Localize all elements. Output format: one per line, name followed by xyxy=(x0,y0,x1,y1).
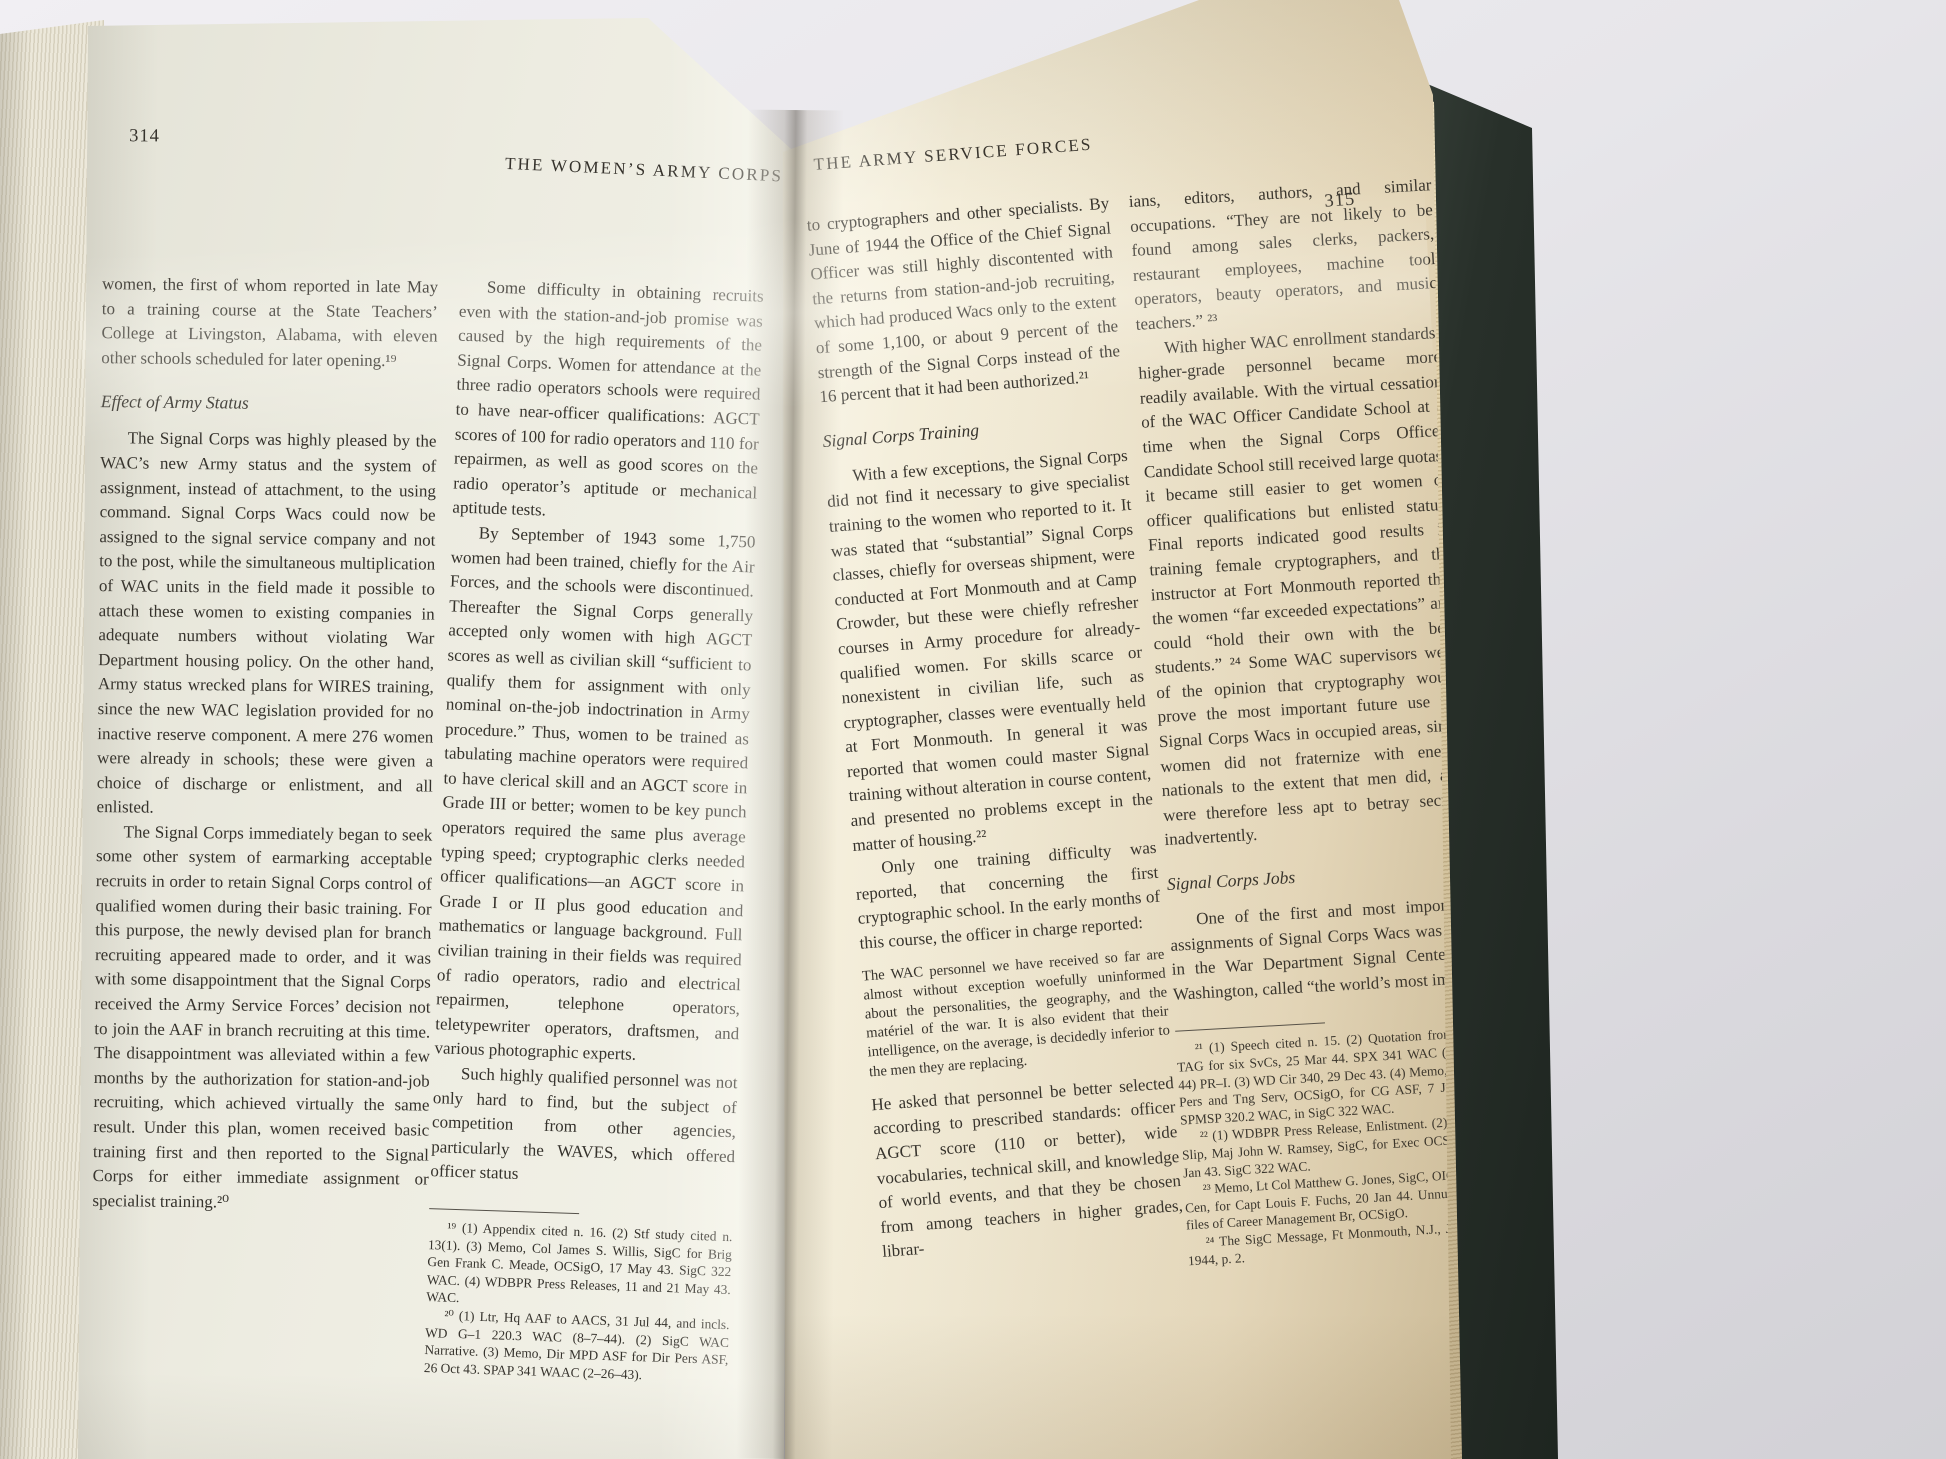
paragraph-continuation: ians, editors, authors, and similar occu… xyxy=(1128,173,1439,337)
section-heading-signal-corps-training: Signal Corps Training xyxy=(822,409,1126,452)
book-photo: 314 THE WOMEN’S ARMY CORPS women, the fi… xyxy=(0,0,1946,1459)
paragraph: Such highly qualified personnel was not … xyxy=(430,1061,738,1194)
left-footnotes: ¹⁹ (1) Appendix cited n. 16. (2) Stf stu… xyxy=(424,1208,733,1386)
paragraph: One of the first and most important assi… xyxy=(1168,892,1476,1007)
paragraph: Some difficulty in obtaining recruits ev… xyxy=(452,275,764,531)
section-heading-signal-corps-jobs: Signal Corps Jobs xyxy=(1166,857,1470,895)
footnote-20: ²⁰ (1) Ltr, Hq AAF to AACS, 31 Jul 44, a… xyxy=(424,1306,730,1386)
left-page-columns: women, the first of whom reported in lat… xyxy=(95,272,765,1379)
left-running-header: THE WOMEN’S ARMY CORPS xyxy=(505,154,770,186)
right-column-1: to cryptographers and other specialists.… xyxy=(806,192,1187,1292)
right-footnotes: ²¹ (1) Speech cited n. 15. (2) Quotation… xyxy=(1175,1014,1491,1269)
paragraph-continuation: women, the first of whom reported in lat… xyxy=(101,272,438,374)
right-page: 315 THE ARMY SERVICE FORCES to cryptogra… xyxy=(775,0,1465,1459)
paragraph: With higher WAC enrollment standards, hi… xyxy=(1136,321,1467,854)
paragraph-continuation: to cryptographers and other specialists.… xyxy=(806,192,1123,410)
paragraph: By September of 1943 some 1,750 women ha… xyxy=(434,520,756,1071)
paragraph: Only one training difficulty was reporte… xyxy=(853,836,1162,956)
right-page-columns: to cryptographers and other specialists.… xyxy=(806,168,1509,1292)
footnote-rule xyxy=(1175,1023,1325,1032)
section-heading-effect-of-army-status: Effect of Army Status xyxy=(101,391,437,416)
left-page-number: 314 xyxy=(129,126,160,147)
paragraph: With a few exceptions, the Signal Corps … xyxy=(825,444,1156,859)
footnote-19: ¹⁹ (1) Appendix cited n. 16. (2) Stf stu… xyxy=(426,1218,733,1316)
block-quote: The WAC personnel we have received so fa… xyxy=(861,945,1172,1082)
right-running-header: THE ARMY SERVICE FORCES xyxy=(802,134,1105,176)
left-column-1: women, the first of whom reported in lat… xyxy=(91,272,439,1378)
paragraph: The Signal Corps was highly pleased by t… xyxy=(96,426,436,823)
left-column-2: Some difficulty in obtaining recruits ev… xyxy=(424,275,764,1387)
paragraph: The Signal Corps immediately began to se… xyxy=(92,820,432,1217)
footnote-rule xyxy=(429,1208,579,1214)
footnote-21: ²¹ (1) Speech cited n. 15. (2) Quotation… xyxy=(1176,1024,1483,1129)
paragraph: He asked that personnel be better select… xyxy=(871,1071,1186,1265)
right-page-content: 315 THE ARMY SERVICE FORCES to cryptogra… xyxy=(799,72,1506,1196)
left-page: 314 THE WOMEN’S ARMY CORPS women, the fi… xyxy=(78,14,794,1459)
